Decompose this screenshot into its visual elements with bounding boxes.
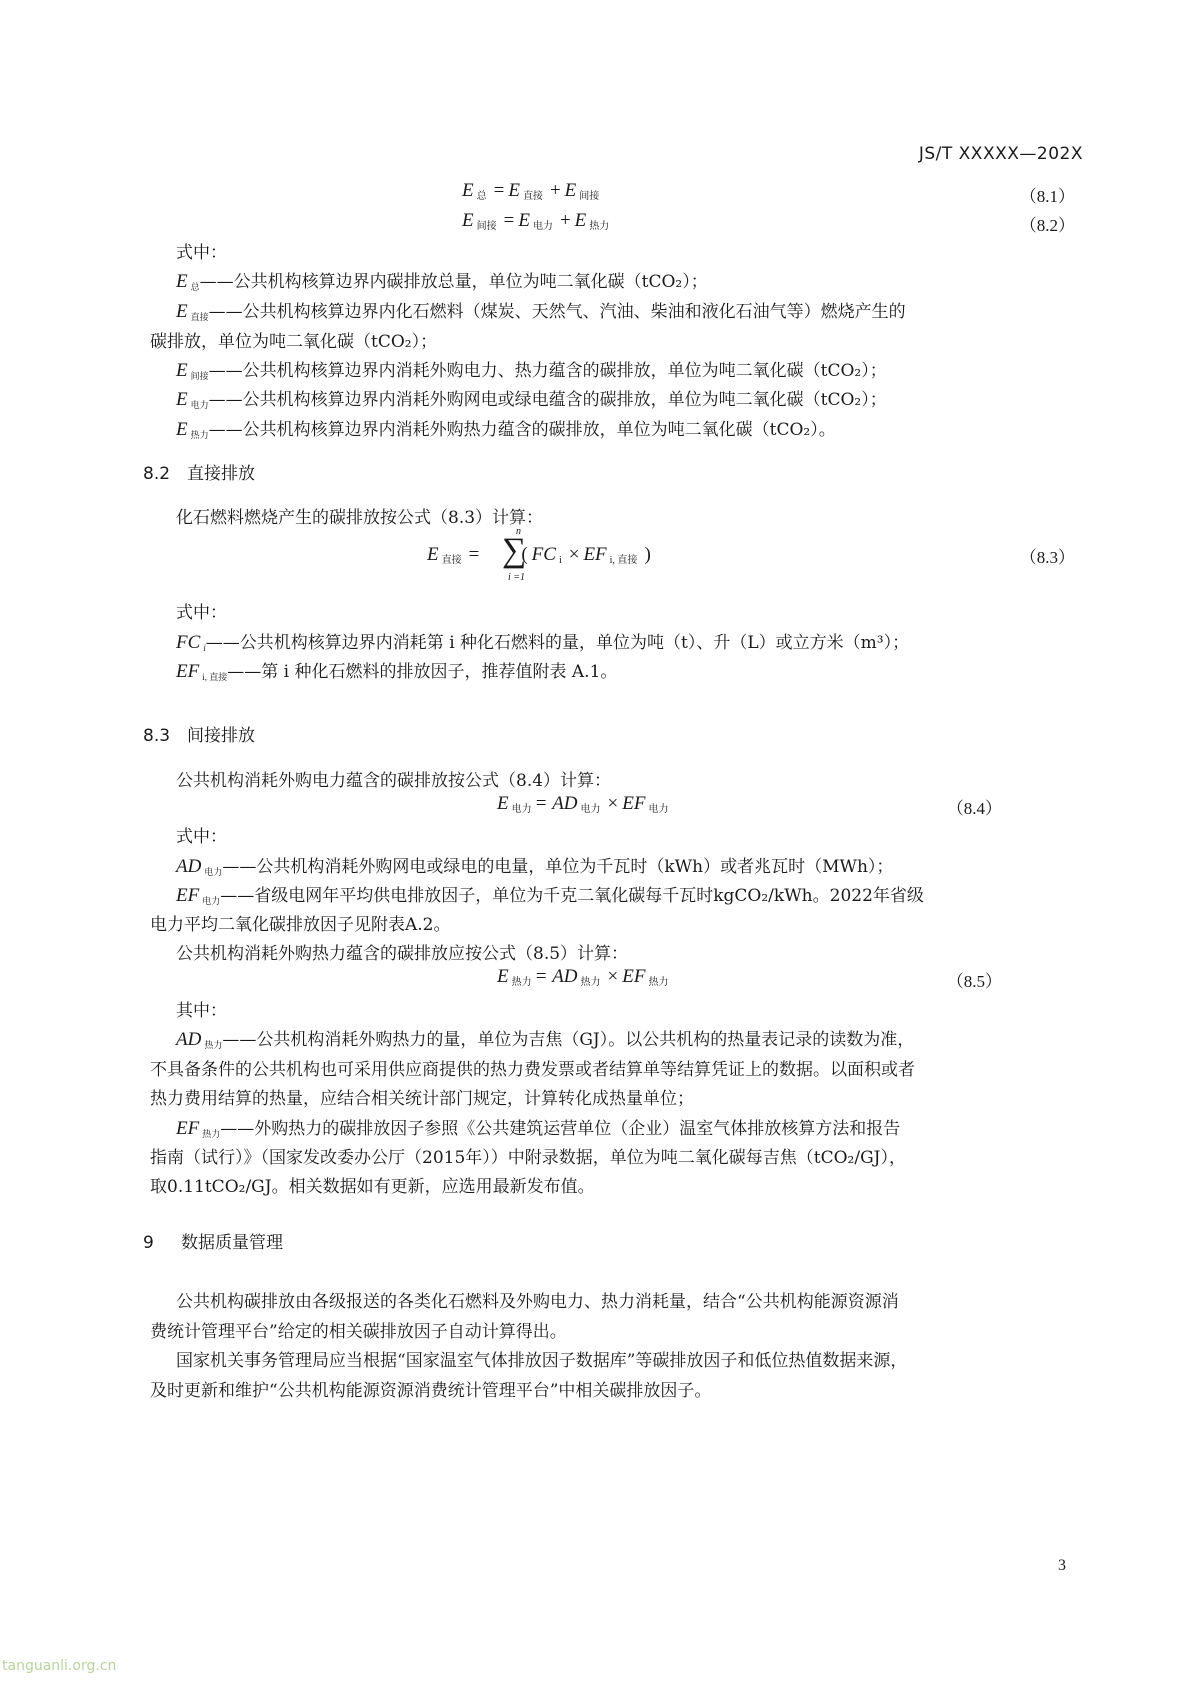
equation-number-8-4: （8.4） (947, 794, 1002, 819)
where-label: 其中： (176, 996, 227, 1021)
definition-ef-power: EF电力——省级电网年平均供电排放因子，单位为千克二氧化碳每千瓦时kgCO₂/k… (176, 881, 924, 907)
definition-e-heat: E热力——公共机构核算边界内消耗外购热力蕴含的碳排放，单位为吨二氧化碳（tCO₂… (176, 415, 836, 441)
definition-ef-heat-cont2: 取0.11tCO₂/GJ。相关数据如有更新，应选用最新发布值。 (150, 1172, 595, 1197)
equation-number-8-3: （8.3） (1020, 543, 1075, 568)
intro-8-5: 公共机构消耗外购热力蕴含的碳排放应按公式（8.5）计算： (176, 939, 628, 964)
subscript: 间接 (477, 221, 497, 232)
subscript: 电力 (533, 221, 553, 232)
subscript: 间接 (579, 191, 599, 202)
watermark: tanguanli.org.cn (2, 1658, 116, 1674)
section-heading-9: 9数据质量管理 (143, 1228, 283, 1253)
equation-8-1: E总=E直接+E间接 (462, 180, 602, 202)
where-label: 式中： (176, 598, 227, 623)
equation-number-8-2: （8.2） (1020, 211, 1075, 236)
definition-fc: FCi——公共机构核算边界内消耗第 i 种化石燃料的量，单位为吨（t）、升（L）… (176, 628, 909, 654)
intro-8-3: 化石燃料燃烧产生的碳排放按公式（8.3）计算： (176, 503, 543, 528)
definition-e-total: E总——公共机构核算边界内碳排放总量，单位为吨二氧化碳（tCO₂）； (176, 267, 708, 293)
definition-e-direct: E直接——公共机构核算边界内化石燃料（煤炭、天然气、汽油、柴油和液化石油气等）燃… (176, 297, 906, 323)
paragraph-9-2-line2: 及时更新和维护“公共机构能源资源消费统计管理平台”中相关碳排放因子。 (150, 1376, 711, 1401)
definition-e-indirect: E间接——公共机构核算边界内消耗外购电力、热力蕴含的碳排放，单位为吨二氧化碳（t… (176, 356, 887, 382)
definition-ef-heat-cont1: 指南（试行）》（国家发改委办公厅（2015年））中附录数据，单位为吨二氧化碳每吉… (150, 1143, 906, 1168)
definition-ef-direct: EFi, 直接——第 i 种化石燃料的排放因子，推荐值附表 A.1。 (176, 657, 617, 683)
equation-number-8-5: （8.5） (947, 967, 1002, 992)
definition-ef-power-cont: 电力平均二氧化碳排放因子见附表A.2。 (150, 910, 451, 935)
equation-8-3: E直接=(FCi×EFi, 直接) (427, 544, 655, 566)
equation-8-2: E间接=E电力+E热力 (462, 210, 612, 232)
equation-8-5: E热力= AD热力×EF热力 (497, 966, 671, 988)
equation-number-8-1: （8.1） (1020, 182, 1075, 207)
where-label: 式中： (176, 822, 227, 847)
definition-ad-power: AD电力——公共机构消耗外购网电或绿电的电量，单位为千瓦时（kWh）或者兆瓦时（… (176, 852, 893, 878)
definition-ad-heat-cont2: 热力费用结算的热量，应结合相关统计部门规定，计算转化成热量单位； (150, 1084, 694, 1109)
where-label: 式中： (176, 238, 227, 263)
sum-lower-limit: i =1 (508, 572, 525, 583)
summation-icon: ∑ (502, 534, 526, 568)
definition-e-power: E电力——公共机构核算边界内消耗外购网电或绿电蕴含的碳排放，单位为吨二氧化碳（t… (176, 385, 887, 411)
paragraph-9-1-line1: 公共机构碳排放由各级报送的各类化石燃料及外购电力、热力消耗量，结合“公共机构能源… (176, 1287, 899, 1312)
intro-8-4: 公共机构消耗外购电力蕴含的碳排放按公式（8.4）计算： (176, 766, 611, 791)
definition-ef-heat: EF热力——外购热力的碳排放因子参照《公共建筑运营单位（企业）温室气体排放核算方… (176, 1114, 900, 1140)
subscript: 热力 (589, 221, 609, 232)
definition-e-direct-cont: 碳排放，单位为吨二氧化碳（tCO₂）； (150, 327, 437, 352)
paragraph-9-2-line1: 国家机关事务管理局应当根据“国家温室气体排放因子数据库”等碳排放因子和低位热值数… (176, 1346, 907, 1371)
page-number: 3 (1058, 1557, 1066, 1575)
paragraph-9-1-line2: 费统计管理平台”给定的相关碳排放因子自动计算得出。 (150, 1317, 567, 1342)
equation-8-4: E电力= AD电力×EF电力 (497, 793, 671, 815)
standard-code-header: JS/T XXXXX—202X (919, 144, 1083, 164)
section-heading-8-2: 8.2直接排放 (143, 459, 255, 484)
definition-ad-heat-cont1: 不具备条件的公共机构也可采用供应商提供的热力费发票或者结算单等结算凭证上的数据。… (150, 1055, 915, 1080)
sum-upper-limit: n (516, 526, 521, 537)
subscript: 直接 (523, 191, 543, 202)
subscript: 总 (477, 191, 487, 202)
section-heading-8-3: 8.3间接排放 (143, 721, 255, 746)
definition-ad-heat: AD热力——公共机构消耗外购热力的量，单位为吉焦（GJ）。以公共机构的热量表记录… (176, 1025, 914, 1051)
